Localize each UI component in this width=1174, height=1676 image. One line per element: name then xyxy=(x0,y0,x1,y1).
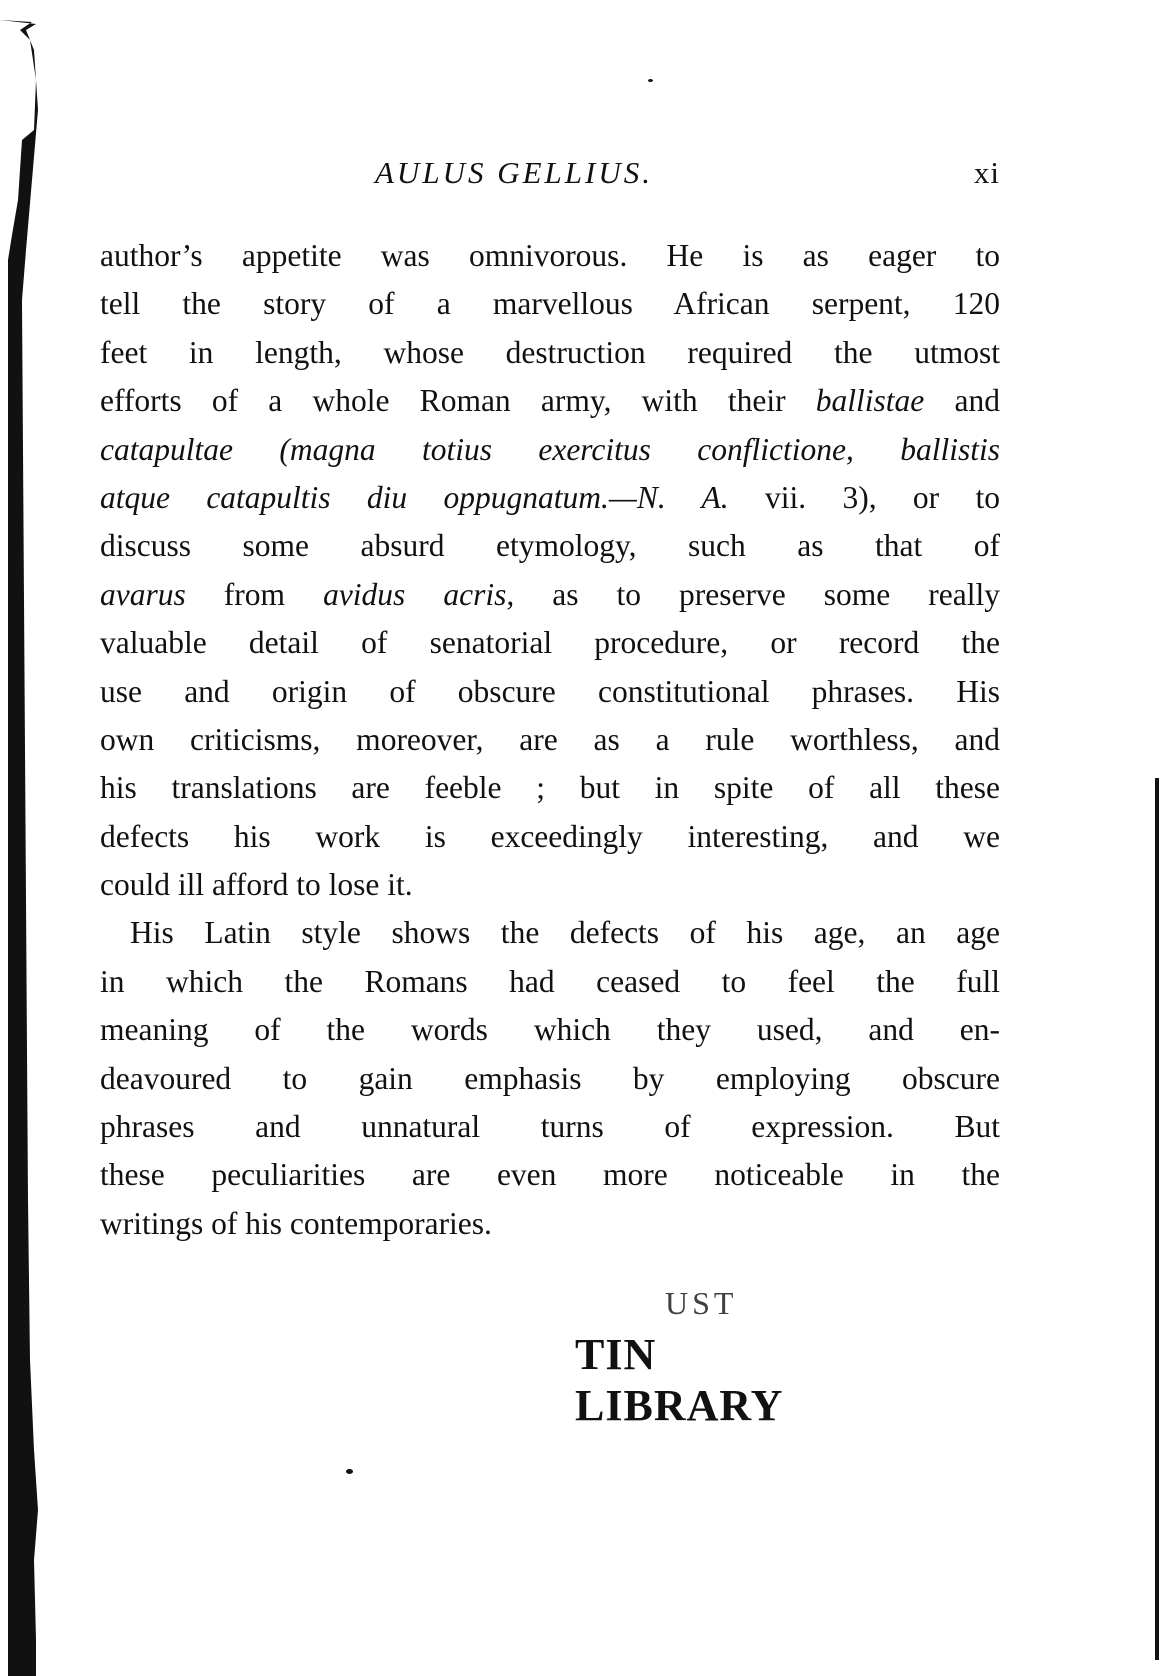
text-run: deavoured to gain emphasis by employing … xyxy=(100,1061,1000,1096)
text-run: meaning of the words which they used, an… xyxy=(100,1012,1000,1047)
library-stamp: UST TIN LIBRARY xyxy=(575,1285,875,1395)
text-run: feet in length, whose destruction requir… xyxy=(100,335,1000,370)
paragraph-continued: author’s appetite was omnivorous. He is … xyxy=(100,232,1000,909)
text-line: efforts of a whole Roman army, with thei… xyxy=(100,377,1000,425)
text-run: discuss some absurd etymology, such as t… xyxy=(100,528,1000,563)
page-edge-left xyxy=(0,0,60,1676)
text-run: from xyxy=(186,577,323,612)
body-text: author’s appetite was omnivorous. He is … xyxy=(100,232,1000,1248)
text-line: tell the story of a marvellous African s… xyxy=(100,280,1000,328)
text-line: phrases and unnatural turns of expressio… xyxy=(100,1103,1000,1151)
text-line: in which the Romans had ceased to feel t… xyxy=(100,958,1000,1006)
text-line: feet in length, whose destruction requir… xyxy=(100,329,1000,377)
text-line: His Latin style shows the defects of his… xyxy=(100,909,1000,957)
text-run: own criticisms, moreover, are as a rule … xyxy=(100,722,1000,757)
text-line: own criticisms, moreover, are as a rule … xyxy=(100,716,1000,764)
text-line: atque catapultis diu oppugnatum.—N. A. v… xyxy=(100,474,1000,522)
library-stamp-line2: TIN LIBRARY xyxy=(575,1329,875,1431)
running-head: AULUS GELLIUS. xi xyxy=(100,155,1000,195)
text-line: deavoured to gain emphasis by employing … xyxy=(100,1055,1000,1103)
italic-latin-text: avarus xyxy=(100,577,186,612)
paragraph-latin-style: His Latin style shows the defects of his… xyxy=(100,909,1000,1248)
text-line: defects his work is exceedingly interest… xyxy=(100,813,1000,861)
text-run: use and origin of obscure constitutional… xyxy=(100,674,1000,709)
text-run: His Latin style shows the defects of his… xyxy=(130,915,1000,950)
text-line: writings of his contemporaries. xyxy=(100,1200,1000,1248)
text-line: author’s appetite was omnivorous. He is … xyxy=(100,232,1000,280)
text-line: avarus from avidus acris, as to preserve… xyxy=(100,571,1000,619)
text-run: and xyxy=(924,383,1000,418)
italic-latin-text: atque catapultis diu oppugnatum.—N. A. xyxy=(100,480,729,515)
text-line: catapultae (magna totius exercitus confl… xyxy=(100,426,1000,474)
italic-latin-text: avidus acris, xyxy=(323,577,514,612)
library-stamp-line1: UST xyxy=(665,1285,737,1322)
page-number: xi xyxy=(974,155,1000,191)
text-run: vii. 3), or to xyxy=(729,480,1000,515)
italic-latin-text: catapultae (magna totius exercitus confl… xyxy=(100,432,1000,467)
text-run: as to preserve some really xyxy=(514,577,1000,612)
text-line: discuss some absurd etymology, such as t… xyxy=(100,522,1000,570)
ink-speck xyxy=(346,1469,353,1474)
ink-speck xyxy=(648,79,653,82)
text-line: his translations are feeble ; but in spi… xyxy=(100,764,1000,812)
text-run: valuable detail of senatorial procedure,… xyxy=(100,625,1000,660)
text-line: these peculiarities are even more notice… xyxy=(100,1151,1000,1199)
text-run: his translations are feeble ; but in spi… xyxy=(100,770,1000,805)
text-run: efforts of a whole Roman army, with thei… xyxy=(100,383,816,418)
text-line: meaning of the words which they used, an… xyxy=(100,1006,1000,1054)
running-head-title: AULUS GELLIUS. xyxy=(375,155,653,191)
text-run: author’s appetite was omnivorous. He is … xyxy=(100,238,1000,273)
page-edge-right xyxy=(1155,778,1159,1660)
text-line: could ill afford to lose it. xyxy=(100,861,1000,909)
text-run: these peculiarities are even more notice… xyxy=(100,1157,1000,1192)
text-run: phrases and unnatural turns of expressio… xyxy=(100,1109,1000,1144)
text-run: could ill afford to lose it. xyxy=(100,867,413,902)
text-line: use and origin of obscure constitutional… xyxy=(100,668,1000,716)
italic-latin-text: ballistae xyxy=(816,383,925,418)
text-run: in which the Romans had ceased to feel t… xyxy=(100,964,1000,999)
text-run: writings of his contemporaries. xyxy=(100,1206,492,1241)
text-run: defects his work is exceedingly interest… xyxy=(100,819,1000,854)
text-line: valuable detail of senatorial procedure,… xyxy=(100,619,1000,667)
text-run: tell the story of a marvellous African s… xyxy=(100,286,1000,321)
